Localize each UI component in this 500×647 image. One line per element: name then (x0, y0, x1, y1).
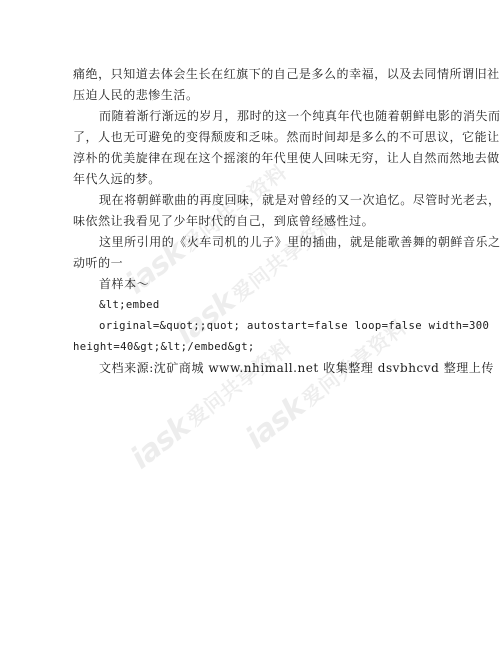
code-line: &lt;embed (99, 297, 160, 313)
paragraph-line: 年代久远的梦。 (73, 171, 161, 187)
paragraph-line: 现在将朝鲜歌曲的再度回味，就是对曾经的又一次追忆。尽管时光老去，但回 (99, 192, 500, 208)
paragraph-line: 而随着渐行渐远的岁月，那时的这一个纯真年代也随着朝鲜电影的消失而终结 (99, 108, 500, 124)
iask-logo-icon: iask (239, 389, 311, 456)
paragraph-line: 了，人也无可避免的变得颓废和乏味。然而时间却是多么的不可思议，它能让曾经 (73, 129, 500, 145)
paragraph-line: 痛绝，只知道去体会生长在红旗下的自己是多么的幸福，以及去同情所谓旧社会被 (73, 66, 500, 82)
paragraph-line: 压迫人民的悲惨生活。 (73, 87, 199, 103)
paragraph-line: 首样本～ (99, 276, 149, 292)
code-line: height=40&gt;&lt;/embed&gt; (73, 339, 255, 355)
code-line: original=&quot;;quot; autostart=false lo… (99, 318, 489, 334)
paragraph-line: 淳朴的优美旋律在现在这个摇滚的年代里使人回味无穷，让人自然而然地去做一个 (73, 150, 500, 166)
document-page: 痛绝，只知道去体会生长在红旗下的自己是多么的幸福，以及去同情所谓旧社会被 压迫人… (0, 0, 500, 647)
iask-logo-icon: iask (124, 409, 196, 476)
source-line: 文档来源:沈矿商城 www.nhimall.net 收集整理 dsvbhcvd … (99, 360, 494, 376)
paragraph-line: 这里所引用的《火车司机的儿子》里的插曲，就是能歌善舞的朝鲜音乐之优美 (99, 234, 500, 250)
paragraph-line: 味依然让我看见了少年时代的自己，到底曾经感性过。 (73, 213, 374, 229)
paragraph-line: 动听的一 (73, 255, 123, 271)
